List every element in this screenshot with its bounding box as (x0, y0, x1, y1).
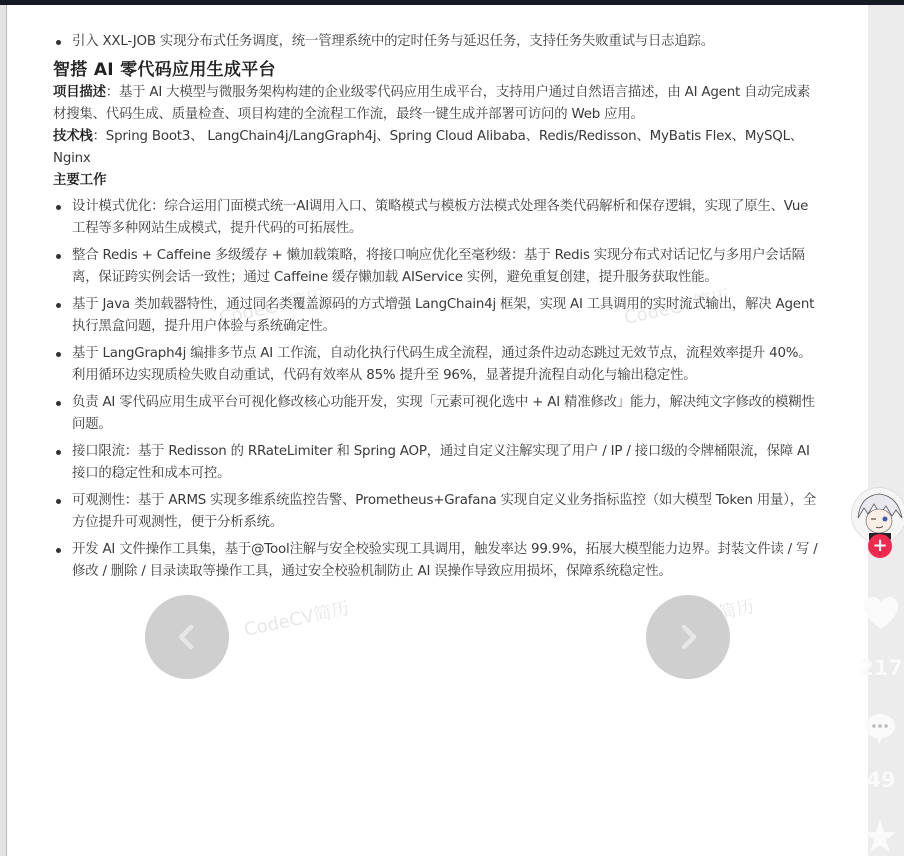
project-title: 智搭 AI 零代码应用生成平台 (53, 58, 818, 82)
next-page-button[interactable] (646, 595, 730, 679)
comment-icon[interactable] (862, 711, 898, 747)
heart-icon[interactable] (862, 595, 900, 631)
star-icon[interactable] (862, 818, 898, 856)
work-item: 可观测性：基于 ARMS 实现多维系统监控告警、Prometheus+Grafa… (53, 490, 818, 534)
work-item: 整合 Redis + Caffeine 多级缓存 + 懒加载策略，将接口响应优化… (53, 245, 818, 289)
watermark: CodeCV简历 (241, 594, 351, 642)
resume-content: 引入 XXL-JOB 实现分布式任务调度，统一管理系统中的定时任务与延迟任务，支… (53, 31, 818, 588)
left-edge (0, 5, 7, 856)
bullet-item: 引入 XXL-JOB 实现分布式任务调度，统一管理系统中的定时任务与延迟任务，支… (53, 31, 818, 53)
chevron-right-icon (671, 620, 705, 654)
main-work-heading: 主要工作 (53, 170, 818, 192)
work-item: 基于 LangGraph4j 编排多节点 AI 工作流，自动化执行代码生成全流程… (53, 343, 818, 387)
work-item: 基于 Java 类加载器特性，通过同名类覆盖源码的方式增强 LangChain4… (53, 294, 818, 338)
like-count: 217 (858, 656, 904, 680)
tech-label: 技术栈 (53, 129, 93, 144)
tech-stack: 技术栈：Spring Boot3、 LangChain4j/LangGraph4… (53, 126, 818, 170)
follow-button[interactable]: + (868, 534, 892, 558)
description-label: 项目描述 (53, 85, 106, 100)
comment-count: 49 (858, 768, 904, 792)
work-item: 负责 AI 零代码应用生成平台可视化修改核心功能开发，实现「元素可视化选中 + … (53, 392, 818, 436)
chevron-left-icon (170, 620, 204, 654)
work-item: 设计模式优化：综合运用门面模式统一AI调用入口、策略模式与模板方法模式处理各类代… (53, 196, 818, 240)
project-description: 项目描述：基于 AI 大模型与微服务架构构建的企业级零代码应用生成平台，支持用户… (53, 82, 818, 126)
prev-page-button[interactable] (145, 595, 229, 679)
work-item: 接口限流：基于 Redisson 的 RRateLimiter 和 Spring… (53, 441, 818, 485)
work-item: 开发 AI 文件操作工具集，基于@Tool注解与安全校验实现工具调用，触发率达 … (53, 539, 818, 583)
